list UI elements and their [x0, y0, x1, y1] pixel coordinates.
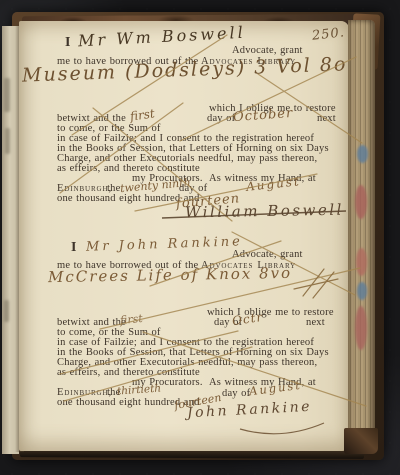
marbling-spot [357, 145, 368, 163]
borrowing-entry-rankine: I Mr John Rankine Advocate, grant me to … [19, 237, 349, 442]
marbling-spot [356, 248, 367, 276]
signed-day: thirtieth [117, 383, 162, 397]
marbling-spot [355, 306, 367, 350]
return-month: Octr [231, 311, 263, 327]
form-next: next [306, 317, 325, 328]
signed-month: August [248, 380, 302, 398]
borrower-name: Mr John Rankine [86, 235, 243, 253]
cover-corner-bottom-right [344, 428, 378, 454]
marbling-spot [357, 282, 367, 300]
form-next: next [317, 113, 336, 124]
photographed-register-page: 250. I Mr Wm Boswell Advocate, grant me … [0, 0, 400, 475]
return-day: first [129, 107, 155, 122]
form-pronoun: I [65, 37, 71, 48]
showthrough-smudge [4, 300, 9, 322]
book-fore-edge [348, 20, 375, 448]
book-title: McCrees Life of Knox 8vo [48, 266, 292, 285]
return-month: October [233, 107, 294, 124]
showthrough-smudge [4, 78, 10, 112]
showthrough-smudge [5, 128, 10, 154]
marbling-spot [355, 185, 367, 219]
borrower-signature: William Boswell [185, 203, 344, 221]
form-day-of: day of [222, 388, 250, 399]
form-pronoun: I [71, 242, 77, 253]
borrowing-entry-boswell: I Mr Wm Boswell Advocate, grant me to ha… [19, 33, 349, 233]
form-day-of: day of [207, 113, 235, 124]
return-day: first [119, 313, 143, 326]
form-advocate-grant: Advocate, grant [232, 249, 303, 260]
